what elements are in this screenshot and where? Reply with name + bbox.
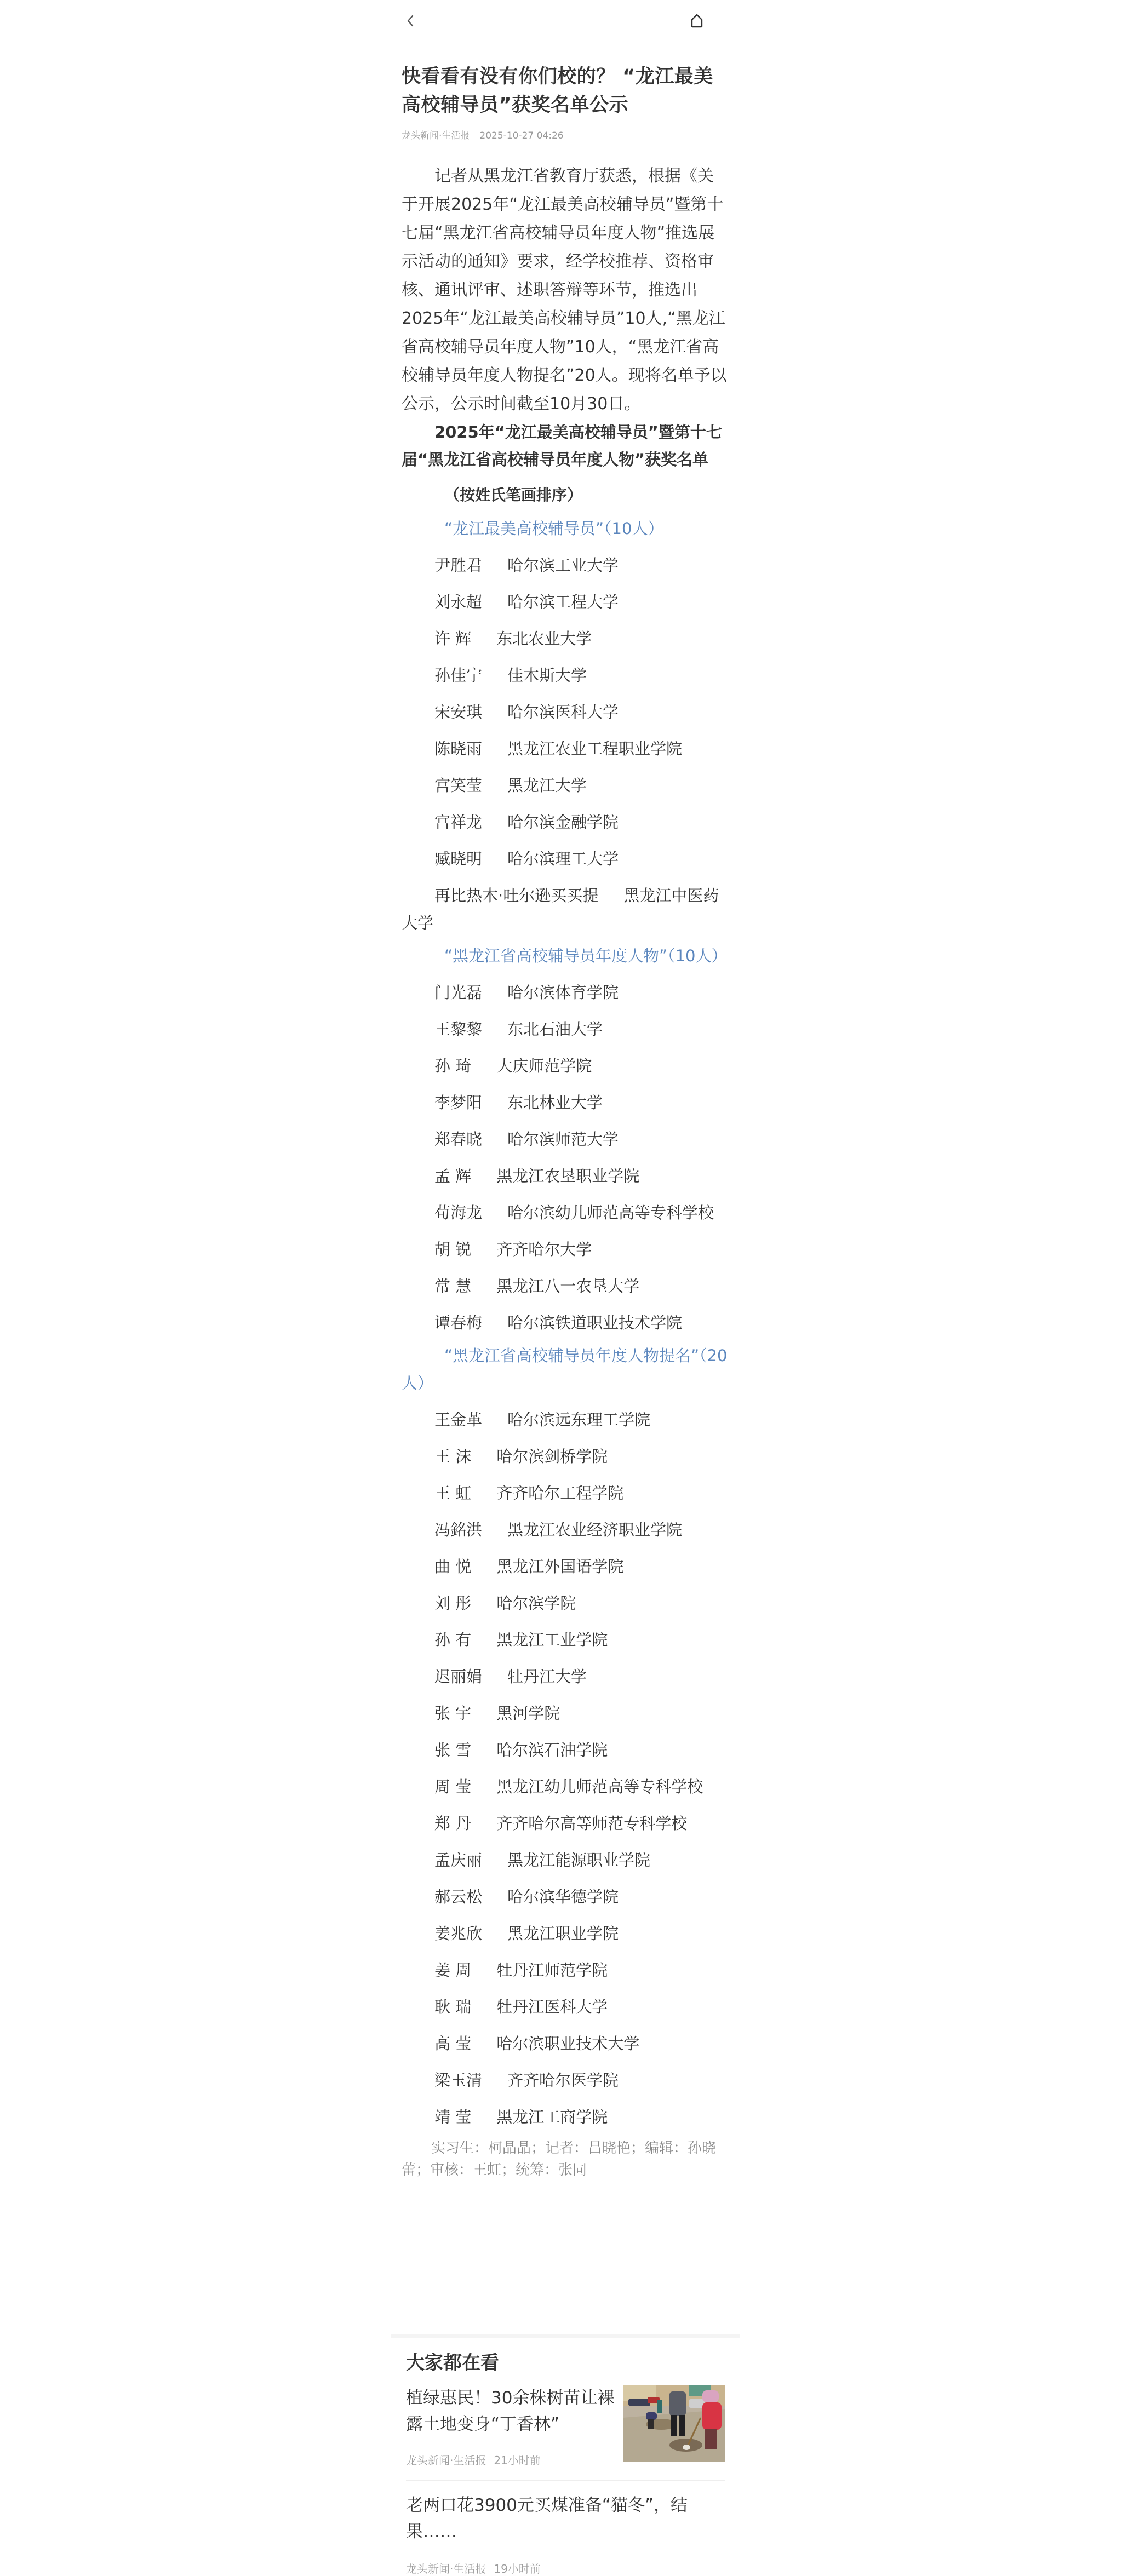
awardee-name: 王 虹 bbox=[434, 1484, 471, 1502]
recommend-item-time: 21小时前 bbox=[494, 2454, 540, 2467]
section-divider bbox=[391, 2334, 740, 2338]
list-item: 高 莹哈尔滨职业技术大学 bbox=[402, 2030, 729, 2057]
list-item: 宋安琪哈尔滨医科大学 bbox=[402, 698, 729, 726]
awardee-name: 曲 悦 bbox=[434, 1557, 471, 1576]
awardee-school: 牡丹江大学 bbox=[507, 1667, 587, 1686]
top-bar bbox=[391, 0, 740, 44]
list-item: 门光磊哈尔滨体育学院 bbox=[402, 979, 729, 1006]
list-item: 张 宇黑河学院 bbox=[402, 1700, 729, 1727]
awardee-name: 谭春梅 bbox=[434, 1313, 482, 1332]
awardee-name: 耿 瑞 bbox=[434, 1998, 471, 2016]
list-item: 荀海龙哈尔滨幼儿师范高等专科学校 bbox=[402, 1199, 729, 1226]
list-item: 郑 丹齐齐哈尔高等师范专科学校 bbox=[402, 1810, 729, 1837]
awardee-name: 郝云松 bbox=[434, 1887, 482, 1906]
awardee-name: 张 宇 bbox=[434, 1704, 471, 1723]
list-item: 孙 有黑龙江工业学院 bbox=[402, 1626, 729, 1654]
awardee-name: 迟丽娟 bbox=[434, 1667, 482, 1686]
section-title: “黑龙江省高校辅导员年度人物”（10人） bbox=[402, 942, 729, 969]
awardee-name: 高 莹 bbox=[434, 2034, 471, 2053]
list-item: 孟 辉黑龙江农垦职业学院 bbox=[402, 1162, 729, 1190]
awardee-school: 哈尔滨工业大学 bbox=[507, 556, 619, 575]
awardee-school: 黑龙江农垦职业学院 bbox=[496, 1167, 639, 1185]
awardee-name: 靖 莹 bbox=[434, 2108, 471, 2126]
awardee-school: 哈尔滨理工大学 bbox=[507, 850, 619, 868]
awardee-name: 王金革 bbox=[434, 1410, 482, 1429]
awardee-name: 门光磊 bbox=[434, 983, 482, 1002]
awardee-name: 宫祥龙 bbox=[434, 813, 482, 831]
list-heading: 2025年“龙江最美高校辅导员”暨第十七届“黑龙江省高校辅导员年度人物”获奖名单 bbox=[402, 418, 729, 473]
awardee-school: 齐齐哈尔工程学院 bbox=[496, 1484, 623, 1502]
recommend-item-time: 19小时前 bbox=[494, 2562, 540, 2575]
list-item: 宫笑莹黑龙江大学 bbox=[402, 772, 729, 799]
awardee-name: 李梦阳 bbox=[434, 1093, 482, 1112]
list-item: 张 雪哈尔滨石油学院 bbox=[402, 1736, 729, 1764]
awardee-school: 哈尔滨铁道职业技术学院 bbox=[507, 1313, 682, 1332]
list-item: 王金革哈尔滨远东理工学院 bbox=[402, 1406, 729, 1433]
credits: 实习生：柯晶晶；记者：吕晓艳；编辑：孙晓蕾；审核：王虹；统筹：张同 bbox=[402, 2137, 729, 2181]
awardee-school: 哈尔滨石油学院 bbox=[496, 1741, 608, 1759]
order-note: （按姓氏笔画排序） bbox=[402, 481, 729, 509]
section-title: “龙江最美高校辅导员”（10人） bbox=[402, 515, 729, 542]
awardee-school: 哈尔滨医科大学 bbox=[507, 703, 619, 721]
list-item: 姜 周牡丹江师范学院 bbox=[402, 1957, 729, 1984]
awardee-name: 许 辉 bbox=[434, 629, 471, 648]
awardee-school: 哈尔滨师范大学 bbox=[507, 1130, 619, 1149]
awardee-name: 孟 辉 bbox=[434, 1167, 471, 1185]
recommend-item[interactable]: 植绿惠民！30余株树苗让裸露土地变身“丁香林” 龙头新闻·生活报21小时前 bbox=[406, 2376, 725, 2481]
list-item: 姜兆欣黑龙江职业学院 bbox=[402, 1920, 729, 1947]
awardee-school: 牡丹江师范学院 bbox=[496, 1961, 608, 1980]
article-source[interactable]: 龙头新闻·生活报 bbox=[402, 130, 470, 141]
list-item: 王黎黎东北石油大学 bbox=[402, 1016, 729, 1043]
recommend-item-source: 龙头新闻·生活报 bbox=[406, 2562, 486, 2575]
recommend-item-title[interactable]: 植绿惠民！30余株树苗让裸露土地变身“丁香林” bbox=[406, 2385, 625, 2437]
tree-planting-photo bbox=[623, 2385, 725, 2462]
list-item: 迟丽娟牡丹江大学 bbox=[402, 1663, 729, 1690]
awardee-name: 冯銘洪 bbox=[434, 1521, 482, 1539]
awardee-school: 佳木斯大学 bbox=[507, 666, 587, 685]
list-item: 尹胜君哈尔滨工业大学 bbox=[402, 552, 729, 579]
article-page: 快看看有没有你们校的？ “龙江最美高校辅导员”获奖名单公示 龙头新闻·生活报20… bbox=[391, 0, 740, 2181]
awardee-school: 大庆师范学院 bbox=[496, 1057, 592, 1075]
awardee-school: 黑龙江能源职业学院 bbox=[507, 1851, 650, 1869]
awardee-name: 荀海龙 bbox=[434, 1203, 482, 1222]
awardee-name: 孙佳宁 bbox=[434, 666, 482, 685]
list-item: 周 莹黑龙江幼儿师范高等专科学校 bbox=[402, 1773, 729, 1800]
awardee-name: 张 雪 bbox=[434, 1741, 471, 1759]
section-list: 尹胜君哈尔滨工业大学刘永超哈尔滨工程大学许 辉东北农业大学孙佳宁佳木斯大学宋安琪… bbox=[402, 552, 729, 937]
list-item: 陈晓雨黑龙江农业工程职业学院 bbox=[402, 735, 729, 762]
article-title: 快看看有没有你们校的？ “龙江最美高校辅导员”获奖名单公示 bbox=[402, 62, 729, 119]
awardee-name: 陈晓雨 bbox=[434, 739, 482, 758]
recommend-item-meta: 龙头新闻·生活报19小时前 bbox=[406, 2561, 725, 2576]
awardee-name: 王黎黎 bbox=[434, 1020, 482, 1039]
awardee-name: 周 莹 bbox=[434, 1777, 471, 1796]
article-meta: 龙头新闻·生活报2025-10-27 04:26 bbox=[402, 129, 729, 142]
list-item: 王 沫哈尔滨剑桥学院 bbox=[402, 1443, 729, 1470]
list-item: 谭春梅哈尔滨铁道职业技术学院 bbox=[402, 1309, 729, 1336]
intro-paragraph: 记者从黑龙江省教育厅获悉，根据《关于开展2025年“龙江最美高校辅导员”暨第十七… bbox=[402, 162, 729, 418]
home-icon bbox=[686, 10, 708, 32]
awardee-name: 孙 琦 bbox=[434, 1057, 471, 1075]
awardee-name: 姜兆欣 bbox=[434, 1924, 482, 1943]
awardee-school: 齐齐哈尔医学院 bbox=[507, 2071, 619, 2090]
list-item: 郑春晓哈尔滨师范大学 bbox=[402, 1126, 729, 1153]
awardee-name: 宫笑莹 bbox=[434, 776, 482, 795]
list-item: 刘 彤哈尔滨学院 bbox=[402, 1590, 729, 1617]
awardee-school: 黑河学院 bbox=[496, 1704, 560, 1723]
section-list: 王金革哈尔滨远东理工学院王 沫哈尔滨剑桥学院王 虹齐齐哈尔工程学院冯銘洪黑龙江农… bbox=[402, 1406, 729, 2131]
awardee-name: 宋安琪 bbox=[434, 703, 482, 721]
recommend-item-title[interactable]: 老两口花3900元买煤准备“猫冬”，结果…… bbox=[406, 2492, 713, 2545]
awardee-school: 黑龙江幼儿师范高等专科学校 bbox=[496, 1777, 703, 1796]
awardee-school: 哈尔滨工程大学 bbox=[507, 593, 619, 611]
awardee-school: 黑龙江外国语学院 bbox=[496, 1557, 623, 1576]
recommend-item-thumbnail[interactable] bbox=[623, 2385, 725, 2462]
list-item: 常 慧黑龙江八一农垦大学 bbox=[402, 1272, 729, 1300]
list-item: 臧晓明哈尔滨理工大学 bbox=[402, 845, 729, 873]
awardee-school: 黑龙江大学 bbox=[507, 776, 587, 795]
awardee-school: 黑龙江农业经济职业学院 bbox=[507, 1521, 682, 1539]
list-item: 耿 瑞牡丹江医科大学 bbox=[402, 1993, 729, 2021]
awardee-name: 孟庆丽 bbox=[434, 1851, 482, 1869]
recommend-section: 大家都在看 植绿惠民！30余株树苗让裸露土地变身“丁香林” 龙头新闻·生活报21… bbox=[391, 2350, 740, 2576]
awardee-school: 哈尔滨剑桥学院 bbox=[496, 1447, 608, 1466]
awardee-school: 黑龙江工商学院 bbox=[496, 2108, 608, 2126]
awardee-school: 黑龙江工业学院 bbox=[496, 1631, 608, 1649]
awardee-school: 黑龙江八一农垦大学 bbox=[496, 1277, 639, 1295]
awardee-school: 哈尔滨金融学院 bbox=[507, 813, 619, 831]
awardee-school: 黑龙江职业学院 bbox=[507, 1924, 619, 1943]
awardee-school: 东北农业大学 bbox=[496, 629, 592, 648]
awardee-name: 刘永超 bbox=[434, 593, 482, 611]
list-item: 梁玉清齐齐哈尔医学院 bbox=[402, 2067, 729, 2094]
article-content: 快看看有没有你们校的？ “龙江最美高校辅导员”获奖名单公示 龙头新闻·生活报20… bbox=[391, 62, 740, 2181]
recommend-item-source: 龙头新闻·生活报 bbox=[406, 2454, 486, 2467]
home-button[interactable] bbox=[686, 10, 708, 32]
list-item: 李梦阳东北林业大学 bbox=[402, 1089, 729, 1116]
awardee-name: 王 沫 bbox=[434, 1447, 471, 1466]
awardee-name: 梁玉清 bbox=[434, 2071, 482, 2090]
list-item: 许 辉东北农业大学 bbox=[402, 625, 729, 652]
list-item: 孙佳宁佳木斯大学 bbox=[402, 662, 729, 689]
list-item: 冯銘洪黑龙江农业经济职业学院 bbox=[402, 1516, 729, 1544]
awardee-name: 再比热木·吐尔逊买买提 bbox=[434, 886, 598, 905]
awardee-name: 郑 丹 bbox=[434, 1814, 471, 1833]
awardee-name: 常 慧 bbox=[434, 1277, 471, 1295]
list-item: 靖 莹黑龙江工商学院 bbox=[402, 2103, 729, 2131]
awardee-school: 哈尔滨体育学院 bbox=[507, 983, 619, 1002]
awardee-school: 哈尔滨学院 bbox=[496, 1594, 576, 1613]
awardee-name: 郑春晓 bbox=[434, 1130, 482, 1149]
list-item: 郝云松哈尔滨华德学院 bbox=[402, 1883, 729, 1911]
awardee-name: 尹胜君 bbox=[434, 556, 482, 575]
list-item: 孙 琦大庆师范学院 bbox=[402, 1052, 729, 1080]
awardee-school: 黑龙江农业工程职业学院 bbox=[507, 739, 682, 758]
recommend-item[interactable]: 老两口花3900元买煤准备“猫冬”，结果…… 龙头新闻·生活报19小时前 bbox=[406, 2481, 725, 2576]
awardee-name: 姜 周 bbox=[434, 1961, 471, 1980]
list-item: 曲 悦黑龙江外国语学院 bbox=[402, 1553, 729, 1580]
awardee-name: 胡 锐 bbox=[434, 1240, 471, 1259]
recommend-heading: 大家都在看 bbox=[391, 2350, 740, 2376]
awardee-school: 齐齐哈尔大学 bbox=[496, 1240, 592, 1259]
awardee-school: 哈尔滨华德学院 bbox=[507, 1887, 619, 1906]
awardee-school: 哈尔滨职业技术大学 bbox=[496, 2034, 639, 2053]
list-item: 宫祥龙哈尔滨金融学院 bbox=[402, 808, 729, 836]
list-item: 王 虹齐齐哈尔工程学院 bbox=[402, 1479, 729, 1507]
section-list: 门光磊哈尔滨体育学院王黎黎东北石油大学孙 琦大庆师范学院李梦阳东北林业大学郑春晓… bbox=[402, 979, 729, 1336]
back-button[interactable] bbox=[400, 10, 422, 32]
list-item: 孟庆丽黑龙江能源职业学院 bbox=[402, 1846, 729, 1874]
awardee-name: 孙 有 bbox=[434, 1631, 471, 1649]
awardee-school: 东北林业大学 bbox=[507, 1093, 603, 1112]
list-item: 刘永超哈尔滨工程大学 bbox=[402, 588, 729, 616]
awardee-name: 臧晓明 bbox=[434, 850, 482, 868]
awardee-school: 齐齐哈尔高等师范专科学校 bbox=[496, 1814, 687, 1833]
awardee-school: 哈尔滨幼儿师范高等专科学校 bbox=[507, 1203, 714, 1222]
list-item: 再比热木·吐尔逊买买提黑龙江中医药大学 bbox=[402, 882, 729, 937]
awardee-school: 东北石油大学 bbox=[507, 1020, 603, 1039]
list-item: 胡 锐齐齐哈尔大学 bbox=[402, 1236, 729, 1263]
awardee-school: 哈尔滨远东理工学院 bbox=[507, 1410, 650, 1429]
section-title: “黑龙江省高校辅导员年度人物提名”（20人） bbox=[402, 1342, 729, 1397]
awardee-school: 牡丹江医科大学 bbox=[496, 1998, 608, 2016]
chevron-left-icon bbox=[400, 10, 422, 32]
article-datetime: 2025-10-27 04:26 bbox=[479, 130, 563, 141]
awardee-name: 刘 彤 bbox=[434, 1594, 471, 1613]
